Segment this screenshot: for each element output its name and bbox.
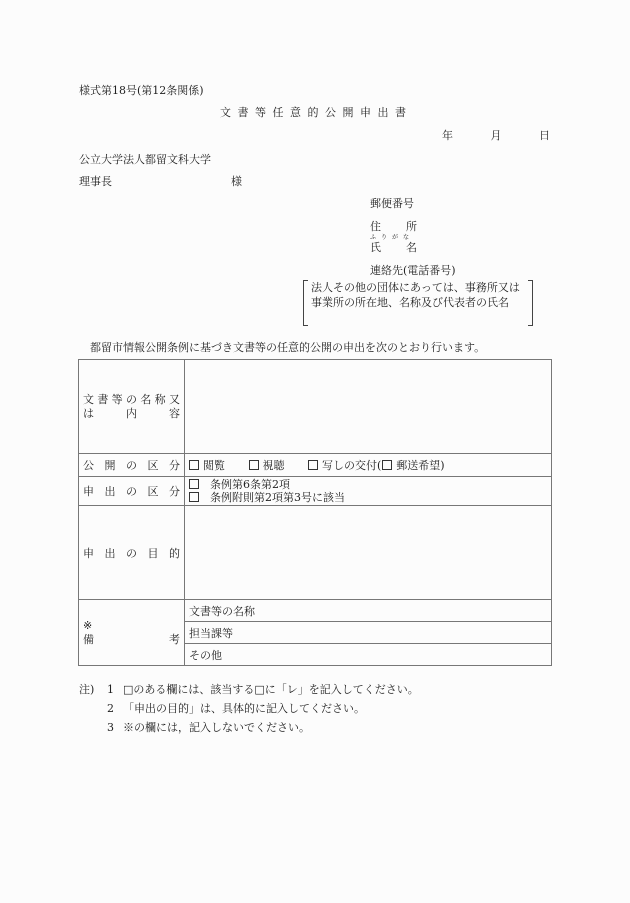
asterisk-mark: ※ — [83, 619, 180, 633]
checkbox-copy[interactable] — [308, 460, 318, 470]
table-row-document-name: 文書等の名称又 は 内 容 — [79, 360, 552, 454]
label-request-type: 申出の区分 — [79, 477, 185, 506]
recipient-honorific: 様 — [231, 173, 242, 189]
option-article-6-label: 条例第6条第2項 — [210, 478, 290, 491]
contact-label: 連絡先(電話番号) — [370, 262, 456, 278]
remarks-department: 担当課等 — [185, 622, 552, 644]
request-form-table: 文書等の名称又 は 内 容 公開の区分 閲覧 視聴 写しの交付(郵送希望) 申出… — [78, 359, 552, 666]
recipient-title: 理事長 — [79, 173, 112, 189]
option-mail-label: 郵送希望) — [396, 459, 444, 472]
purpose-field[interactable] — [185, 506, 552, 600]
table-row-disclosure-type: 公開の区分 閲覧 視聴 写しの交付(郵送希望) — [79, 454, 552, 477]
label-remarks: ※ 備 考 — [79, 600, 185, 666]
disclosure-type-options: 閲覧 視聴 写しの交付(郵送希望) — [185, 454, 552, 477]
table-row-purpose: 申出の目的 — [79, 506, 552, 600]
checkbox-listen[interactable] — [249, 460, 259, 470]
note-item-3: 3※の欄には，記入しないでください。 — [79, 718, 419, 737]
note-item-2: 2「申出の目的」は、具体的に記入してください。 — [79, 699, 419, 718]
date-line: 年 月 日 — [442, 127, 550, 143]
corporate-note: 法人その他の団体にあっては、事務所又は事業所の所在地、名称及び代表者の氏名 — [305, 280, 529, 326]
intro-text: 都留市情報公開条例に基づき文書等の任意的公開の申出を次のとおり行います。 — [90, 339, 485, 355]
table-row-request-type: 申出の区分 条例第6条第2項 条例附則第2項第3号に該当 — [79, 477, 552, 506]
option-view-label: 閲覧 — [203, 459, 225, 472]
date-day-label: 日 — [539, 127, 550, 143]
form-number: 様式第18号(第12条関係) — [79, 82, 204, 98]
page-title: 文書等任意的公開申出書 — [220, 104, 413, 120]
notes-section: 注)1□のある欄には、該当する□に「レ」を記入してください。 2「申出の目的」は… — [79, 680, 419, 737]
postal-code-label: 郵便番号 — [370, 195, 414, 211]
table-row-remarks-document: ※ 備 考 文書等の名称 — [79, 600, 552, 622]
option-supplementary-label: 条例附則第2項第3号に該当 — [210, 491, 345, 504]
date-year-label: 年 — [442, 127, 453, 143]
option-copy-label: 写しの交付( — [322, 459, 381, 472]
checkbox-article-6[interactable] — [189, 479, 199, 489]
remarks-other: その他 — [185, 644, 552, 666]
option-listen-label: 視聴 — [263, 459, 285, 472]
request-type-options: 条例第6条第2項 条例附則第2項第3号に該当 — [185, 477, 552, 506]
checkbox-supplementary[interactable] — [189, 492, 199, 502]
name-label: 氏 名 — [370, 239, 417, 255]
label-disclosure-type: 公開の区分 — [79, 454, 185, 477]
label-purpose: 申出の目的 — [79, 506, 185, 600]
checkbox-mail[interactable] — [382, 460, 392, 470]
date-month-label: 月 — [491, 127, 502, 143]
note-item-1: 注)1□のある欄には、該当する□に「レ」を記入してください。 — [79, 680, 419, 699]
checkbox-view[interactable] — [189, 460, 199, 470]
label-document-name: 文書等の名称又 は 内 容 — [79, 360, 185, 454]
recipient-organization: 公立大学法人都留文科大学 — [79, 151, 211, 167]
document-name-field[interactable] — [185, 360, 552, 454]
remarks-document-name: 文書等の名称 — [185, 600, 552, 622]
